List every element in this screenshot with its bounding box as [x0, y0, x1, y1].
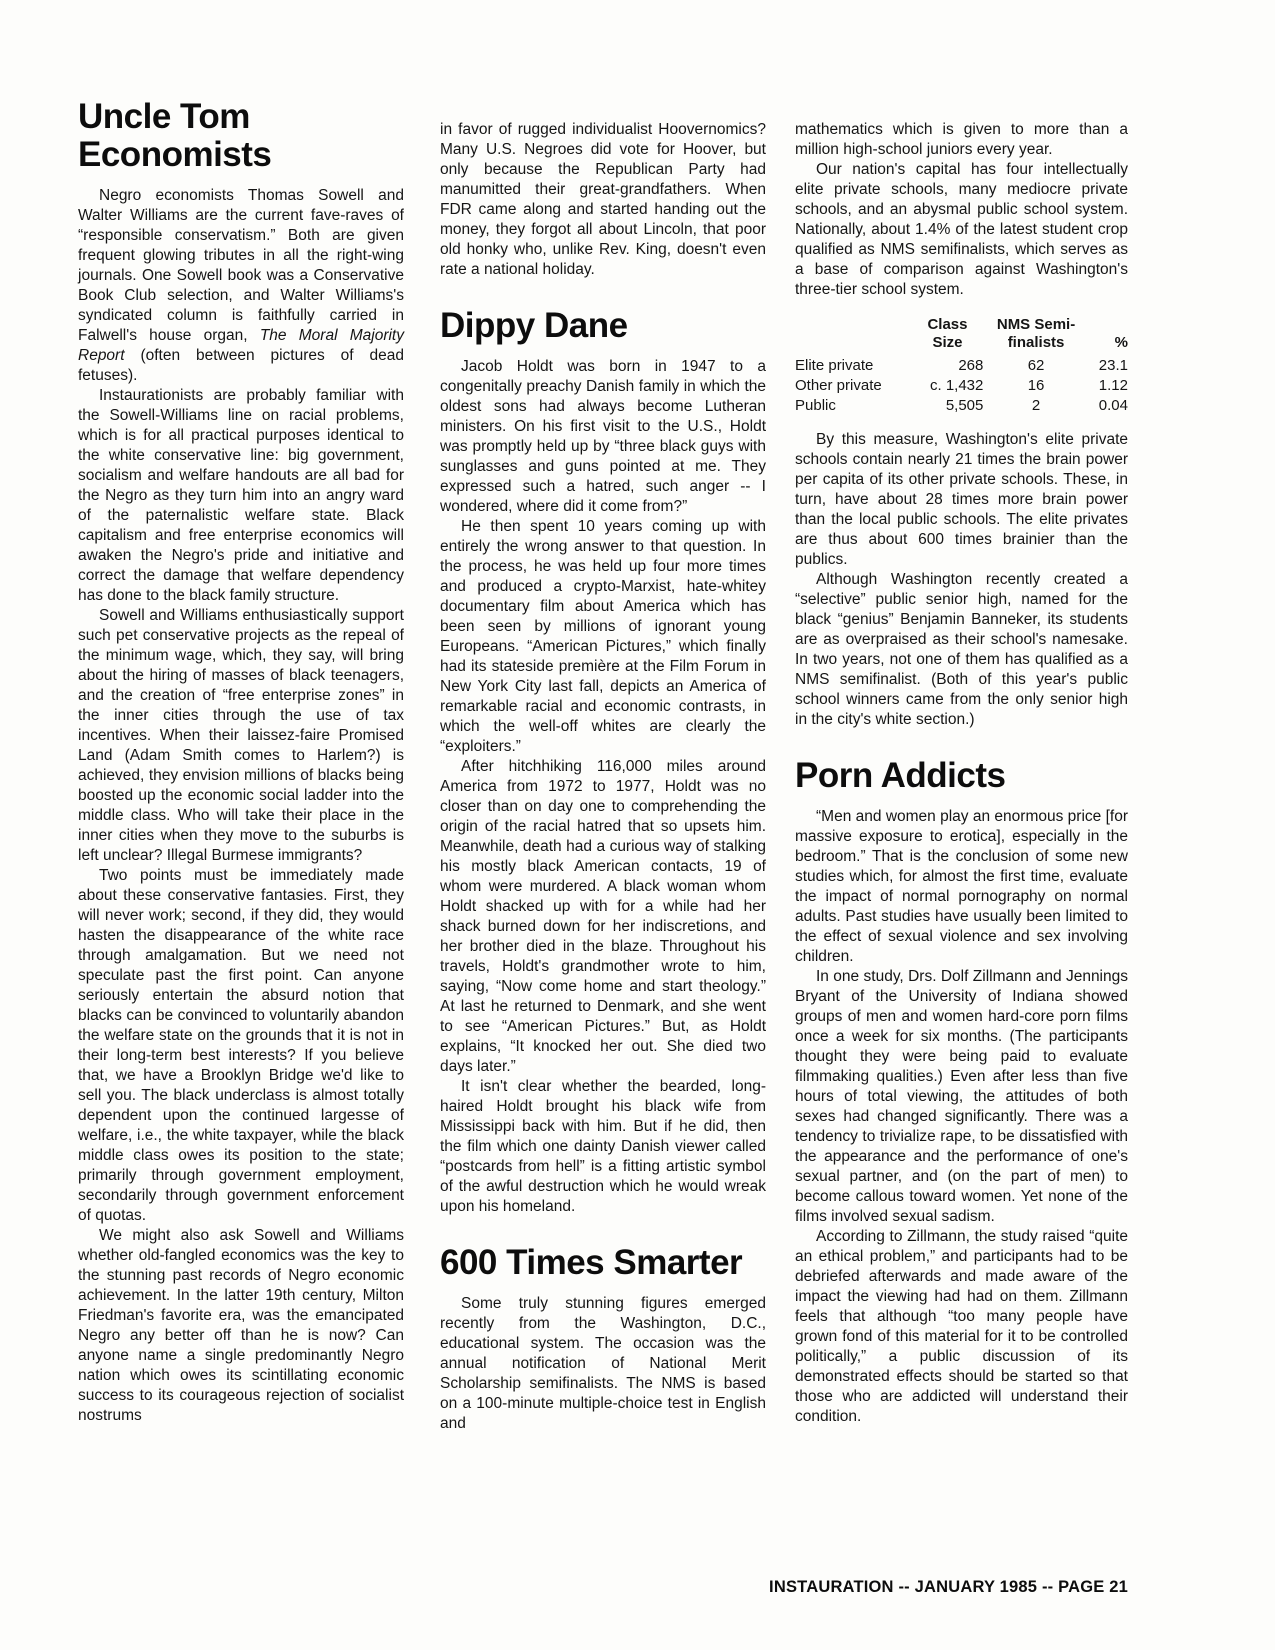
table-header-empty [795, 316, 912, 356]
paragraph: He then spent 10 years coming up with en… [440, 517, 766, 757]
table-cell: 1.12 [1089, 376, 1128, 396]
nms-semifinalists-table: Class Size NMS Semi- finalists % Elite p… [795, 316, 1128, 416]
table-cell: 2 [983, 396, 1088, 416]
column-3: mathematics which is given to more than … [795, 120, 1128, 1427]
table-header-percent: % [1089, 316, 1128, 356]
page-footer: INSTAURATION -- JANUARY 1985 -- PAGE 21 [769, 1578, 1128, 1597]
table-header-row: Class Size NMS Semi- finalists % [795, 316, 1128, 356]
paragraph: It isn't clear whether the bearded, long… [440, 1077, 766, 1217]
paragraph: Sowell and Williams enthusiastically sup… [78, 606, 404, 866]
paragraph: “Men and women play an enormous price [f… [795, 807, 1128, 967]
paragraph: Some truly stunning figures emerged rece… [440, 1294, 766, 1434]
column-1: Uncle Tom Economists Negro economists Th… [78, 98, 404, 1426]
table-row: Public 5,505 2 0.04 [795, 396, 1128, 416]
article-title-uncle-tom-economists: Uncle Tom Economists [78, 98, 404, 174]
paragraph: Negro economists Thomas Sowell and Walte… [78, 186, 404, 386]
paragraph: We might also ask Sowell and Williams wh… [78, 1226, 404, 1426]
table-row: Elite private 268 62 23.1 [795, 356, 1128, 376]
table-cell: 0.04 [1089, 396, 1128, 416]
table-cell: 23.1 [1089, 356, 1128, 376]
table-header-class-size: Class Size [912, 316, 984, 356]
table-cell: 268 [912, 356, 984, 376]
table-header-nms-semifinalists: NMS Semi- finalists [983, 316, 1088, 356]
article-title-porn-addicts: Porn Addicts [795, 757, 1128, 795]
paragraph: In one study, Drs. Dolf Zillmann and Jen… [795, 967, 1128, 1227]
table-cell: 16 [983, 376, 1088, 396]
paragraph-text: (often between pictures of dead fetuses)… [78, 347, 404, 384]
paragraph: According to Zillmann, the study raised … [795, 1227, 1128, 1427]
paragraph: Our nation's capital has four intellectu… [795, 160, 1128, 300]
table-cell: 62 [983, 356, 1088, 376]
paragraph-continuation: in favor of rugged individualist Hoovern… [440, 120, 766, 280]
paragraph: Instaurationists are probably familiar w… [78, 386, 404, 606]
table-cell: c. 1,432 [912, 376, 984, 396]
table-cell: Public [795, 396, 912, 416]
paragraph: Jacob Holdt was born in 1947 to a congen… [440, 357, 766, 517]
table-cell: Elite private [795, 356, 912, 376]
table-cell: Other private [795, 376, 912, 396]
paragraph: Two points must be immediately made abou… [78, 866, 404, 1226]
paragraph: Although Washington recently created a “… [795, 570, 1128, 730]
paragraph-continuation: mathematics which is given to more than … [795, 120, 1128, 160]
paragraph: By this measure, Washington's elite priv… [795, 430, 1128, 570]
article-title-dippy-dane: Dippy Dane [440, 307, 766, 345]
paragraph-text: Negro economists Thomas Sowell and Walte… [78, 187, 404, 344]
table-cell: 5,505 [912, 396, 984, 416]
magazine-page: Uncle Tom Economists Negro economists Th… [0, 0, 1275, 1650]
table-row: Other private c. 1,432 16 1.12 [795, 376, 1128, 396]
paragraph: After hitchhiking 116,000 miles around A… [440, 757, 766, 1077]
article-title-600-times-smarter: 600 Times Smarter [440, 1244, 766, 1282]
column-2: in favor of rugged individualist Hoovern… [440, 120, 766, 1434]
